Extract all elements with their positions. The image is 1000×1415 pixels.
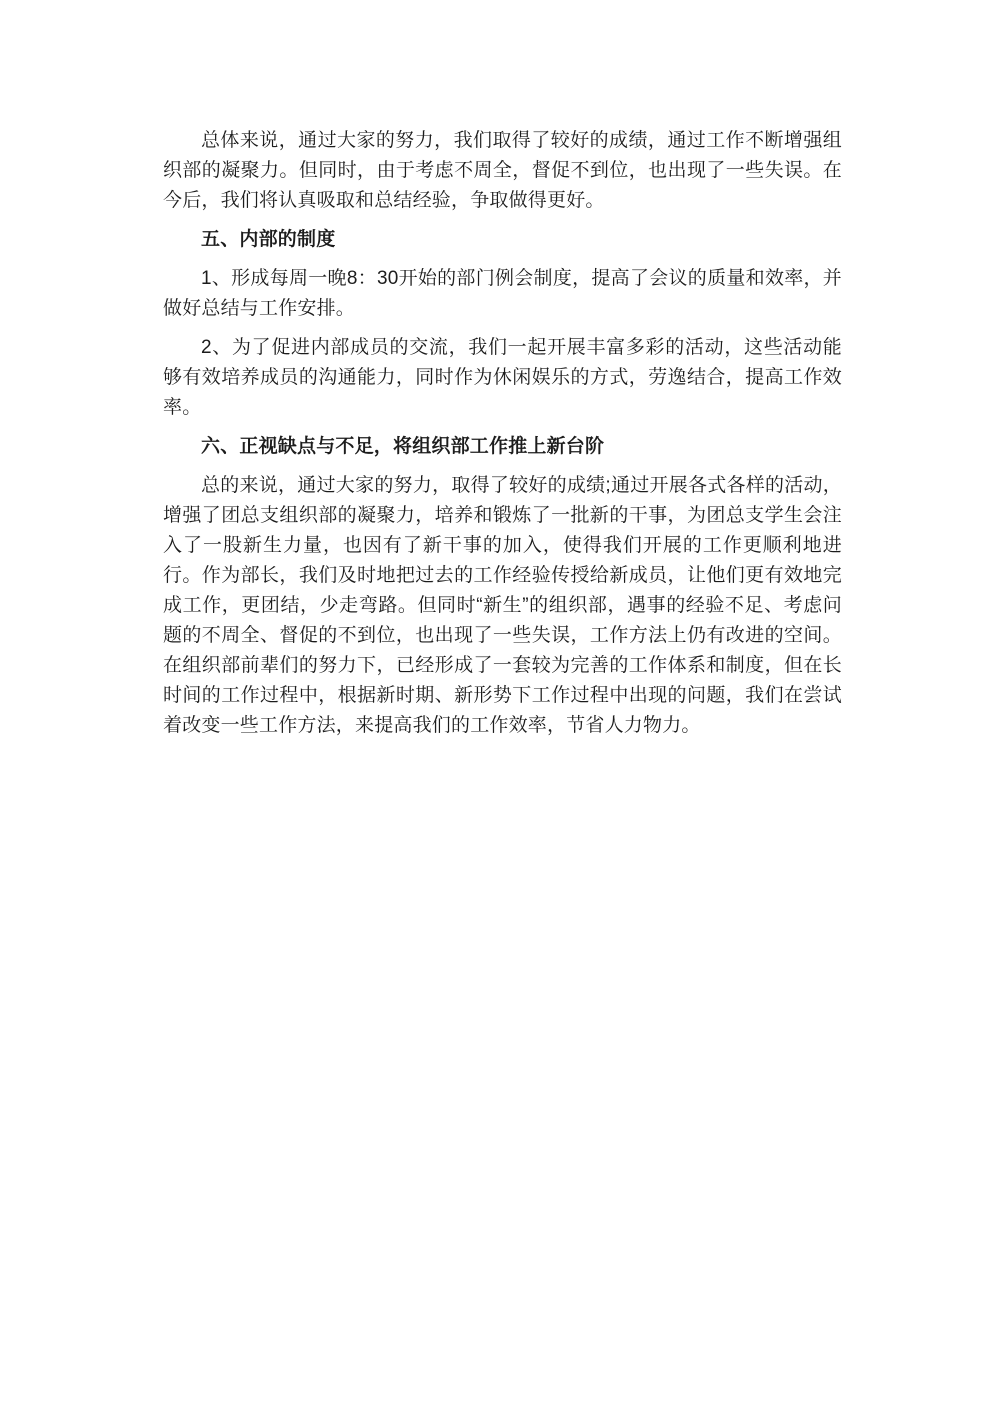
paragraph-conclusion: 总的来说，通过大家的努力，取得了较好的成绩;通过开展各式各样的活动，增强了团总支…: [163, 471, 842, 741]
paragraph-summary: 总体来说，通过大家的努力，我们取得了较好的成绩，通过工作不断增强组织部的凝聚力。…: [163, 126, 842, 216]
document-page: 总体来说，通过大家的努力，我们取得了较好的成绩，通过工作不断增强组织部的凝聚力。…: [0, 0, 1000, 1415]
section-heading-5: 五、内部的制度: [163, 225, 842, 255]
list-item-2: 2、为了促进内部成员的交流，我们一起开展丰富多彩的活动，这些活动能够有效培养成员…: [163, 333, 842, 423]
section-heading-6: 六、正视缺点与不足，将组织部工作推上新台阶: [163, 432, 842, 462]
list-item-1: 1、形成每周一晚8：30开始的部门例会制度，提高了会议的质量和效率，并做好总结与…: [163, 264, 842, 324]
